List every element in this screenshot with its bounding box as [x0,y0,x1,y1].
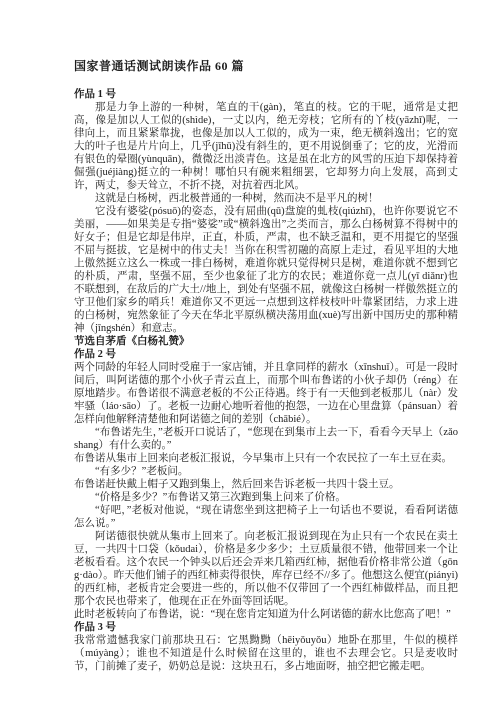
work-2-heading: 作品 2 号 [74,348,458,361]
work-1-paragraph-1: 那是力争上游的一种树，笔直的干(gàn)，笔直的枝。它的干呢，通常是丈把高，像是… [74,101,458,192]
work-2-paragraph-4: “有多少？”老板问。 [74,465,458,478]
work-2-section: 作品 2 号 两个同龄的年轻人同时受雇于一家店铺，并且拿同样的薪水（xīnshu… [74,348,458,621]
work-2-paragraph-2: “布鲁诺先生，”老板开口说话了，“您现在到集市上去一下，看看今天早上（zǎosh… [74,426,458,452]
work-1-attribution: 节选自茅盾《白杨礼赞》 [74,335,458,348]
work-1-heading: 作品 1 号 [74,88,458,101]
work-2-paragraph-6: “价格是多少？”布鲁诺又第三次跑到集上问来了价格。 [74,491,458,504]
work-2-paragraph-1: 两个同龄的年轻人同时受雇于一家店铺，并且拿同样的薪水（xīnshuǐ）。可是一段… [74,361,458,426]
document-page: 国家普通话测试朗读作品 60 篇 作品 1 号 那是力争上游的一种树，笔直的干(… [0,0,496,702]
work-1-paragraph-3: 它没有婆娑(pósuō)的姿态，没有屈曲(qū)盘旋的虬枝(qiúzhī)，也许… [74,205,458,335]
work-2-paragraph-9: 此时老板转向了布鲁诺，说：“现在您肯定知道为什么阿诺德的薪水比您高了吧！” [74,608,458,621]
document-title: 国家普通话测试朗读作品 60 篇 [74,59,458,73]
work-2-paragraph-8: 阿诺德很快就从集市上回来了。向老板汇报说到现在为止只有一个农民在卖土豆，一共四十… [74,530,458,608]
work-3-heading: 作品 3 号 [74,621,458,634]
work-1-paragraph-2: 这就是白杨树，西北极普通的一种树，然而决不是平凡的树！ [74,192,458,205]
work-2-paragraph-5: 布鲁诺赶快戴上帽子又跑到集上，然后回来告诉老板一共四十袋土豆。 [74,478,458,491]
work-2-paragraph-7: “好吧，”老板对他说，“现在请您坐到这把椅子上一句话也不要说，看看阿诺德怎么说。… [74,504,458,530]
work-3-section: 作品 3 号 我常常遗憾我家门前那块丑石：它黑黝黝（hēiyǒuyǒu）地卧在那… [74,621,458,673]
work-2-paragraph-3: 布鲁诺从集市上回来向老板汇报说，今早集市上只有一个农民拉了一车土豆在卖。 [74,452,458,465]
work-3-paragraph-1: 我常常遗憾我家门前那块丑石：它黑黝黝（hēiyǒuyǒu）地卧在那里，牛似的模样… [74,634,458,673]
work-1-section: 作品 1 号 那是力争上游的一种树，笔直的干(gàn)，笔直的枝。它的干呢，通常… [74,88,458,348]
